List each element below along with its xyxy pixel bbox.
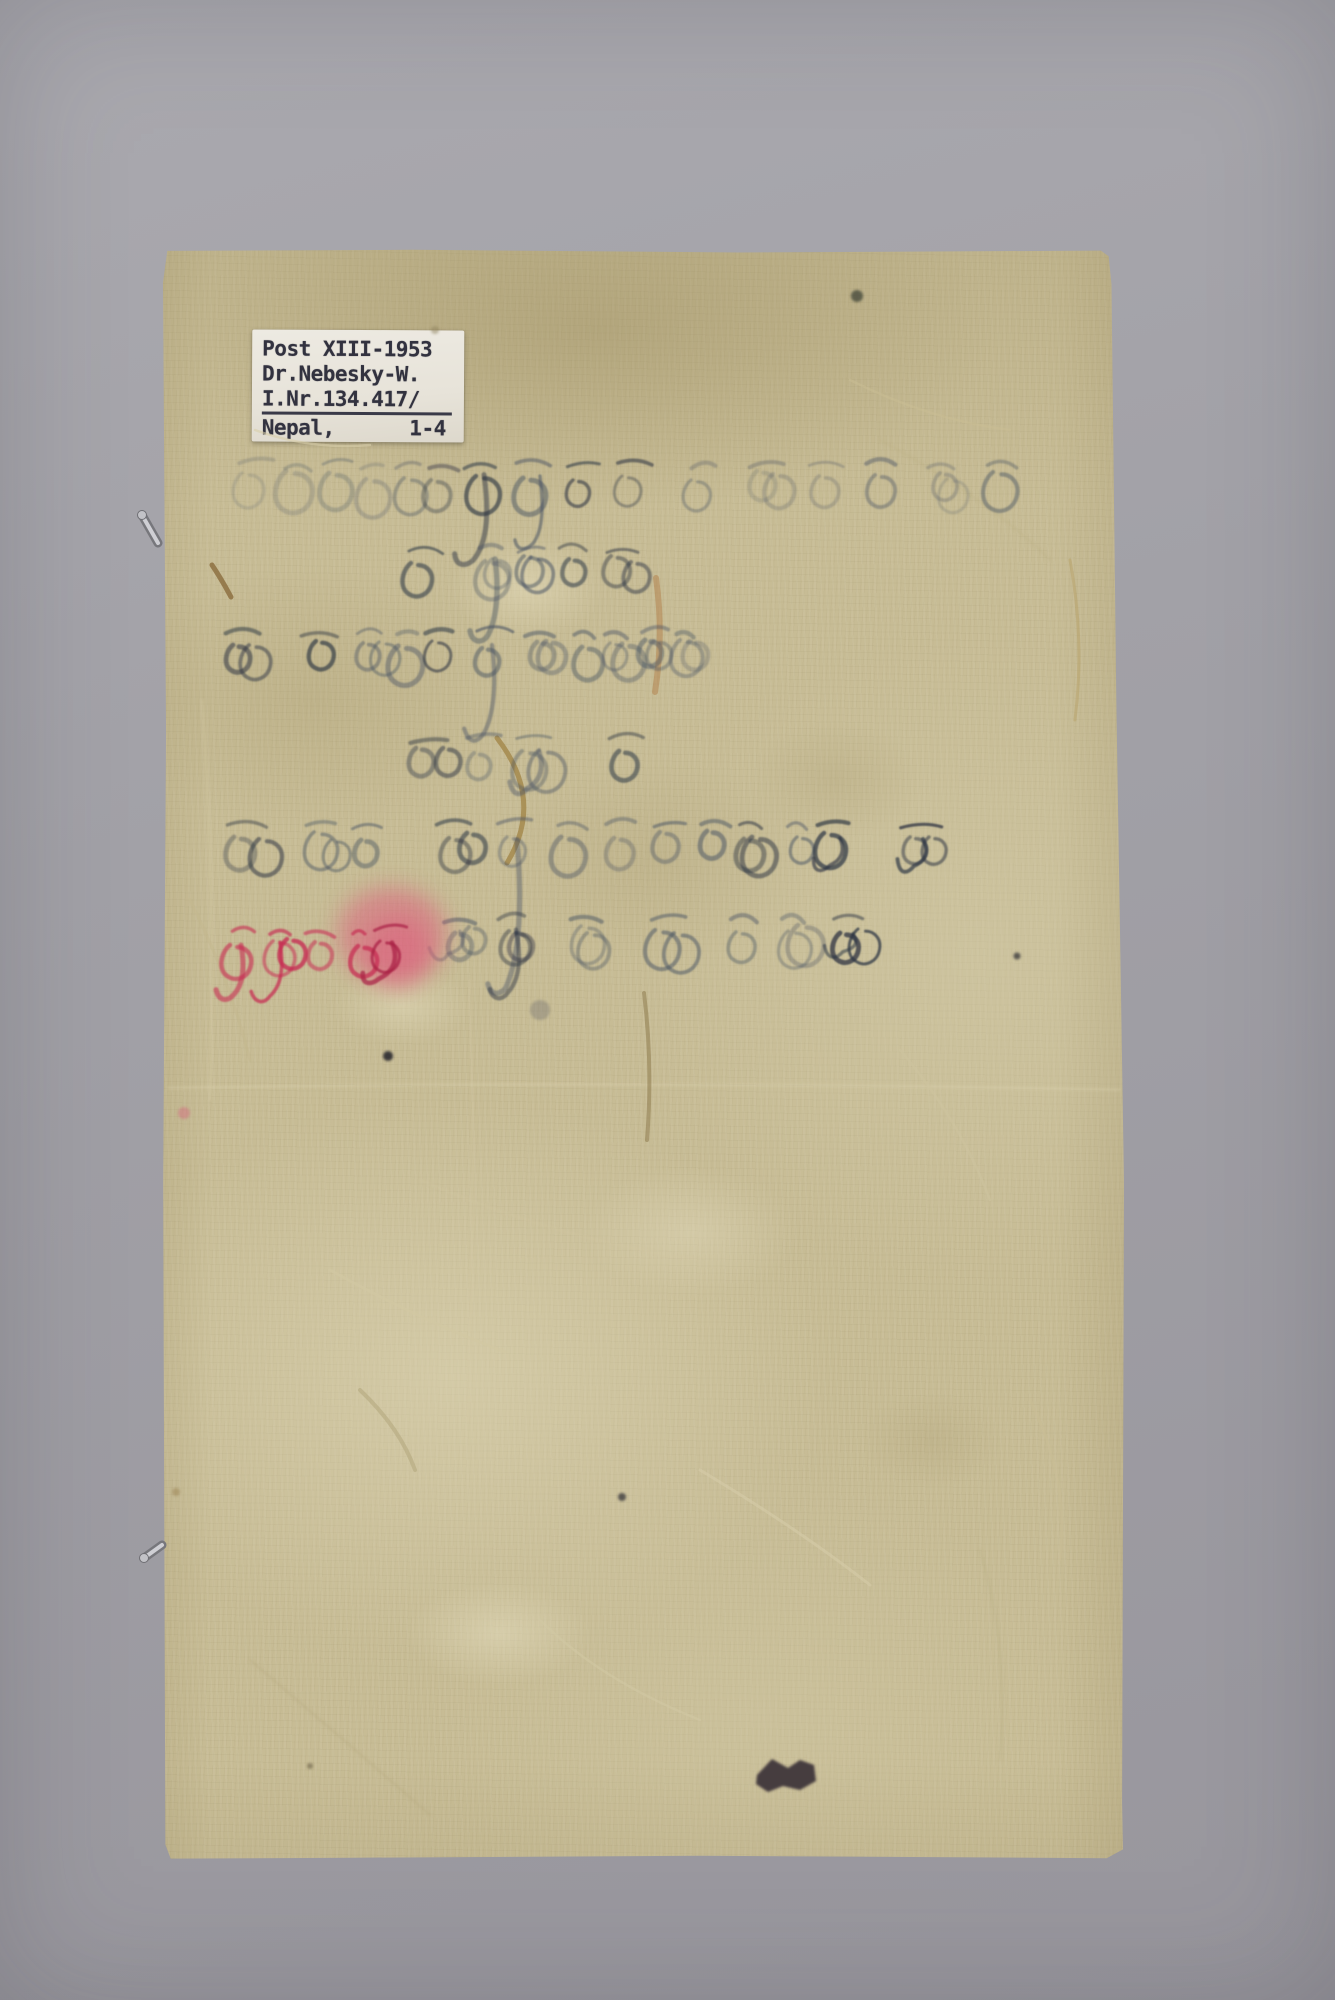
label-line-4: Nepal, 1-4 (262, 415, 452, 441)
label-region: Nepal, (262, 415, 335, 440)
manuscript-paper: Post XIII-1953 Dr.Nebesky-W. I.Nr.134.41… (162, 249, 1124, 1859)
photograph: Post XIII-1953 Dr.Nebesky-W. I.Nr.134.41… (0, 0, 1335, 2000)
archival-label: Post XIII-1953 Dr.Nebesky-W. I.Nr.134.41… (252, 329, 465, 442)
label-line-2: Dr.Nebesky-W. (262, 361, 452, 387)
label-inventory-number: I.Nr.134.417/ (262, 386, 452, 415)
metal-pins (138, 511, 163, 1563)
label-line-1: Post XIII-1953 (262, 336, 452, 362)
label-page-range: 1-4 (409, 416, 446, 441)
